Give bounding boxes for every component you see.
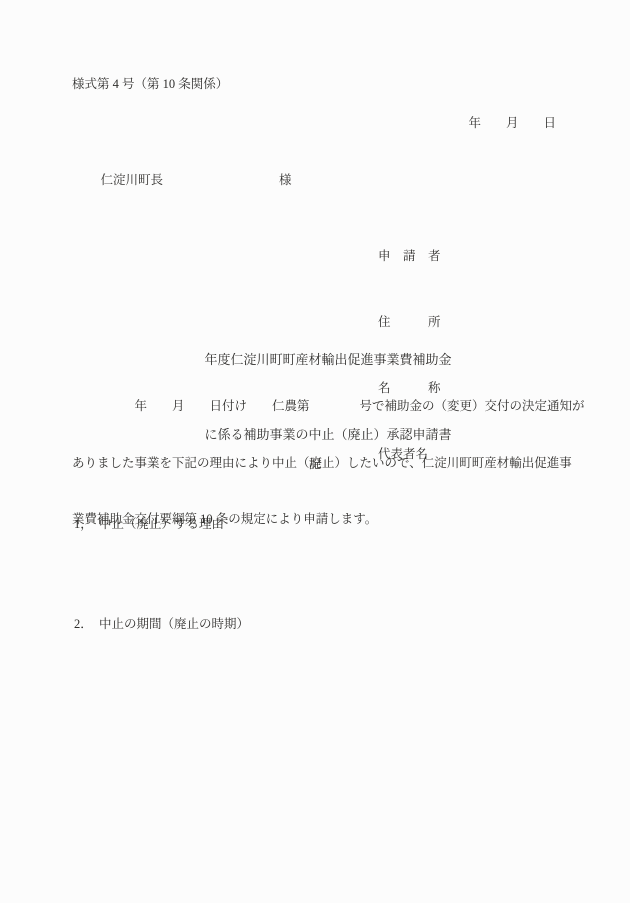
item-cancel-period: 2． 中止の期間（廃止の時期） — [74, 617, 249, 632]
date-line: 年 月 日 — [468, 116, 556, 131]
item-cancel-reason: 1， 中止（廃止）する理由 — [74, 517, 224, 532]
record-marker: 記 — [0, 457, 630, 472]
document-page: 様式第 4 号（第 10 条関係） 年 月 日 仁淀川町長様 申 請 者 住 所… — [0, 0, 630, 903]
addressee-row: 仁淀川町長様 — [88, 158, 292, 203]
applicant-label: 申 請 者 — [378, 245, 441, 267]
addressee-honorific: 様 — [279, 173, 292, 187]
form-number: 様式第 4 号（第 10 条関係） — [72, 77, 228, 92]
body-line-1: 年 月 日付け 仁農第 号で補助金の（変更）交付の決定通知が — [72, 397, 572, 416]
addressee-name: 仁淀川町長 — [101, 173, 164, 187]
